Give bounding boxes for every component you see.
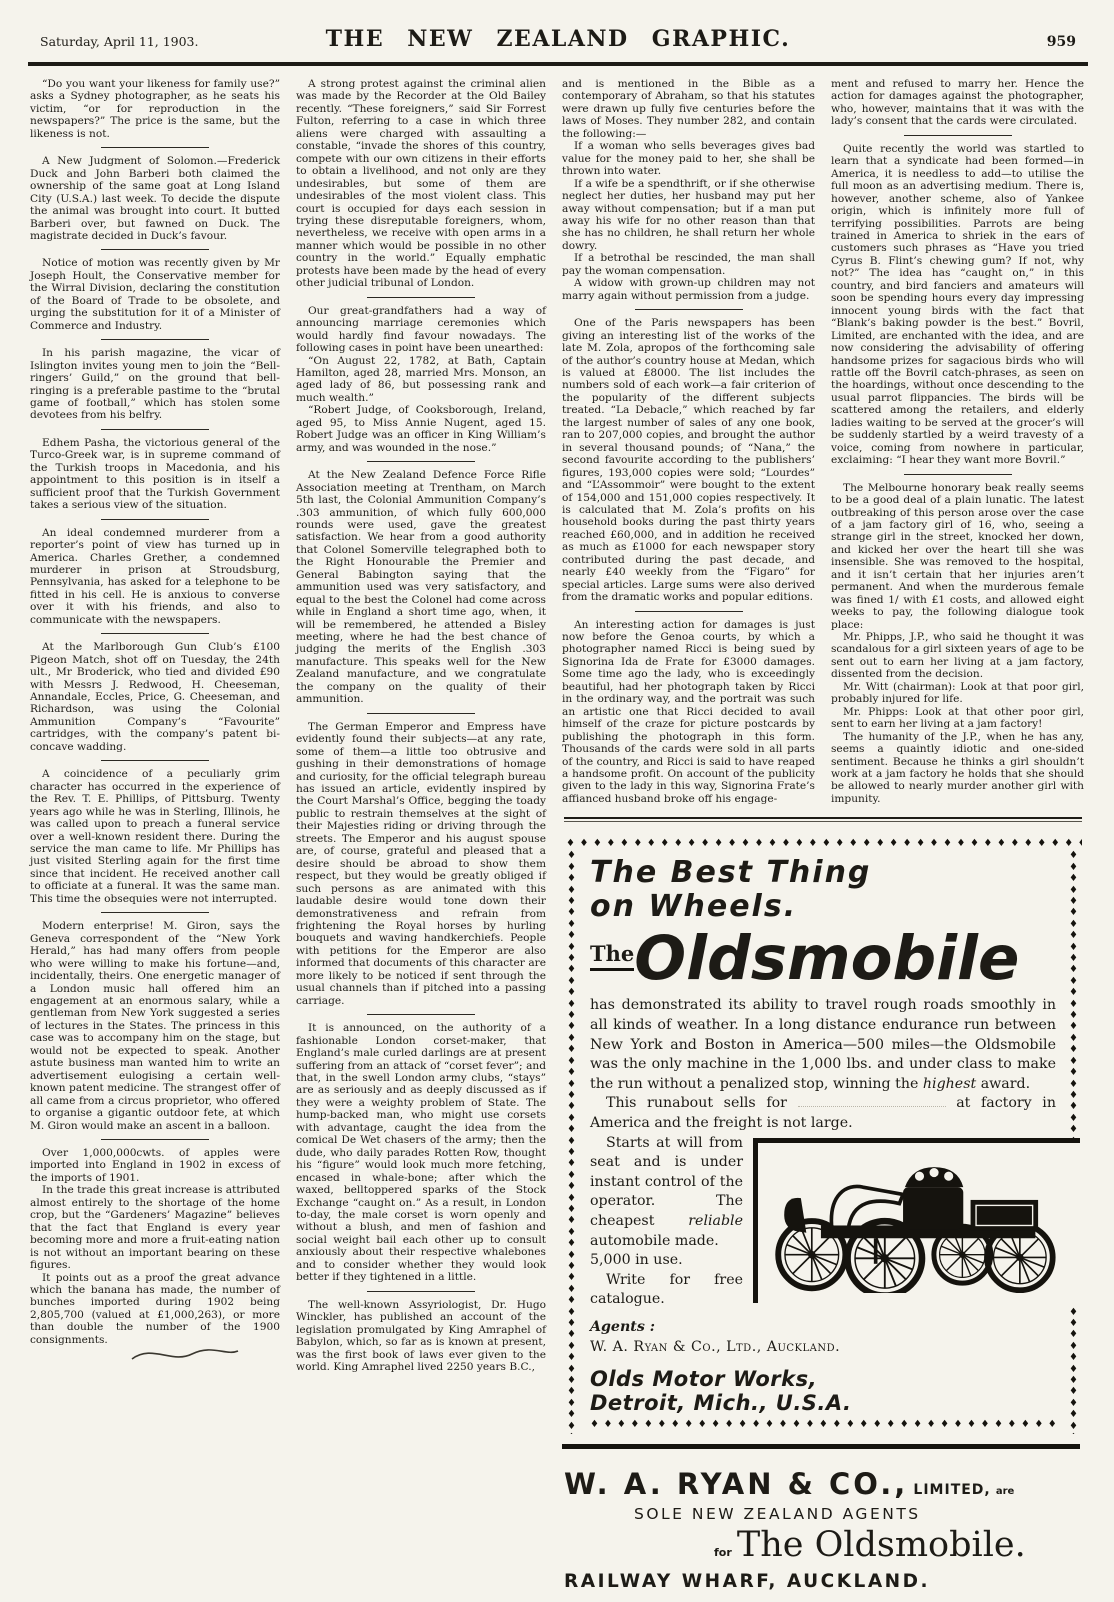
ad-brand: TheOldsmobile [590, 932, 1056, 987]
section-divider [101, 249, 209, 250]
section-divider [367, 713, 475, 714]
agents-line: W. A. Ryan & Co., Ltd., Auckland. [590, 1338, 1056, 1358]
news-paragraph: A widow with grown-up children may not m… [562, 277, 815, 302]
news-paragraph: “Robert Judge, of Cooksborough, Ireland,… [296, 404, 546, 454]
ryan-company-name: W. A. RYAN & CO., [564, 1467, 908, 1501]
section-divider [101, 339, 209, 340]
section-divider [367, 297, 475, 298]
masthead-title: THE NEW ZEALAND GRAPHIC. [299, 26, 817, 52]
news-paragraph: A coincidence of a peculiarly grim chara… [30, 768, 280, 905]
olds-motor-works: Olds Motor Works, Detroit, Mich., U.S.A. [590, 1367, 1056, 1415]
section-divider [635, 611, 743, 612]
diamond-border-left: ♦♦♦♦♦♦♦♦♦♦♦♦♦♦♦♦♦♦♦♦♦♦♦♦♦♦♦♦♦♦♦♦♦♦♦♦♦♦♦♦… [567, 850, 579, 1434]
news-paragraph: If a wife be a spendthrift, or if she ot… [562, 178, 815, 253]
news-paragraph: An interesting action for damages is jus… [562, 619, 815, 806]
section-divider [367, 1014, 475, 1015]
brand-the: The [590, 941, 634, 971]
diamond-border-top: ♦♦♦♦♦♦♦♦♦♦♦♦♦♦♦♦♦♦♦♦♦♦♦♦♦♦♦♦♦♦♦♦♦♦♦♦♦♦♦♦… [566, 838, 1082, 851]
agents-label: Agents : [590, 1318, 1056, 1338]
column-3: and is mentioned in the Bible as a conte… [562, 78, 815, 805]
news-paragraph: At the New Zealand Defence Force Rifle A… [296, 469, 546, 706]
ad-body-paragraph: has demonstrated its ability to travel r… [590, 996, 1056, 1094]
section-divider [101, 1139, 209, 1140]
oldsmobile-advertisement: ♦♦♦♦♦♦♦♦♦♦♦♦♦♦♦♦♦♦♦♦♦♦♦♦♦♦♦♦♦♦♦♦♦♦♦♦♦♦♦♦… [564, 836, 1084, 1438]
issue-date: Saturday, April 11, 1903. [40, 34, 299, 49]
ryan-agents-line: SOLE NEW ZEALAND AGENTS [634, 1505, 1080, 1523]
news-paragraph: A strong protest against the criminal al… [296, 78, 546, 290]
page-number: 959 [817, 34, 1076, 50]
news-paragraph: Modern enterprise! M. Giron, says the Ge… [30, 920, 280, 1132]
news-paragraph: It is announced, on the authority of a f… [296, 1022, 546, 1284]
news-paragraph: Mr. Witt (chairman): Look at that poor g… [831, 681, 1084, 706]
right-columns: and is mentioned in the Bible as a conte… [562, 78, 1084, 805]
section-divider [904, 474, 1012, 475]
newspaper-page: Saturday, April 11, 1903. THE NEW ZEALAN… [0, 0, 1114, 1602]
ryan-product-line: for The Oldsmobile. [714, 1525, 1080, 1565]
news-paragraph: Mr. Phipps: Look at that other poor girl… [831, 706, 1084, 731]
news-paragraph: The Melbourne honorary beak really seems… [831, 482, 1084, 631]
section-divider [101, 633, 209, 634]
column-1: “Do you want your likeness for family us… [30, 78, 280, 1592]
section-divider [101, 429, 209, 430]
pen-mark [130, 1348, 240, 1362]
ryan-address: RAILWAY WHARF, AUCKLAND. [564, 1571, 1080, 1592]
diamond-border-bottom: ♦♦♦♦♦♦♦♦♦♦♦♦♦♦♦♦♦♦♦♦♦♦♦♦♦♦♦♦♦♦♦♦♦♦♦♦♦♦♦♦… [590, 1419, 1056, 1432]
section-divider [367, 1291, 475, 1292]
ryan-product: The Oldsmobile. [737, 1525, 1026, 1565]
news-paragraph: Notice of motion was recently given by M… [30, 257, 280, 332]
news-paragraph: The well-known Assyriologist, Dr. Hugo W… [296, 1299, 546, 1374]
news-paragraph: The humanity of the J.P., when he has an… [831, 731, 1084, 806]
ryan-are: are [996, 1486, 1014, 1497]
news-paragraph: If a woman who sells beverages gives bad… [562, 140, 815, 177]
erased-price-area [798, 1098, 946, 1107]
ad-price-lead: This runabout sells for [606, 1095, 787, 1111]
news-paragraph: “Do you want your likeness for family us… [30, 78, 280, 140]
brand-name: Oldsmobile [634, 923, 1019, 994]
column-2: A strong protest against the criminal al… [296, 78, 546, 1592]
thick-rule [562, 1444, 1080, 1449]
page-header: Saturday, April 11, 1903. THE NEW ZEALAN… [0, 0, 1114, 60]
ad-body1-italic: highest [923, 1076, 976, 1092]
news-paragraph: The German Emperor and Empress have evid… [296, 721, 546, 1007]
section-divider [904, 135, 1012, 136]
news-paragraph: Mr. Phipps, J.P., who said he thought it… [831, 631, 1084, 681]
news-paragraph: At the Marlborough Gun Club’s £100 Pigeo… [30, 641, 280, 753]
oldsmobile-car-illustration [764, 1147, 1064, 1293]
news-paragraph: In his parish magazine, the vicar of Isl… [30, 347, 280, 422]
news-paragraph: A New Judgment of Solomon.—Frederick Duc… [30, 155, 280, 242]
ad-headline-line1: The Best Thing [590, 856, 1056, 890]
news-paragraph: Edhem Pasha, the victorious general of t… [30, 437, 280, 512]
section-divider [101, 760, 209, 761]
news-paragraph: Over 1,000,000cwts. of apples were impor… [30, 1147, 280, 1184]
ad-headline-line2: on Wheels. [590, 890, 1056, 924]
works-line1: Olds Motor Works, [590, 1367, 1056, 1391]
section-divider [101, 519, 209, 520]
news-paragraph: An ideal condemned murderer from a repor… [30, 527, 280, 627]
news-paragraph: “On August 22, 1782, at Bath, Captain Ha… [296, 355, 546, 405]
ad-body-paragraph: This runabout sells for at factory in Am… [590, 1094, 1056, 1133]
ad-headline: The Best Thing on Wheels. [590, 856, 1056, 923]
ryan-name-line: W. A. RYAN & CO., LIMITED, are [564, 1467, 1080, 1501]
ad-body1-end: award. [976, 1076, 1030, 1092]
news-paragraph: Quite recently the world was startled to… [831, 143, 1084, 467]
car-illustration-box [753, 1138, 1080, 1303]
ryan-limited: LIMITED, [913, 1482, 990, 1498]
right-region: and is mentioned in the Bible as a conte… [562, 78, 1084, 1592]
works-line2: Detroit, Mich., U.S.A. [590, 1391, 1056, 1415]
horizontal-rule [564, 817, 1082, 822]
news-paragraph: ment and refused to marry her. Hence the… [831, 78, 1084, 128]
section-divider [635, 309, 743, 310]
news-paragraph: In the trade this great increase is attr… [30, 1184, 280, 1271]
news-paragraph: and is mentioned in the Bible as a conte… [562, 78, 815, 140]
ryan-for: for [714, 1546, 732, 1559]
ryan-advertisement: W. A. RYAN & CO., LIMITED, are SOLE NEW … [562, 1449, 1084, 1592]
news-paragraph: It points out as a proof the great advan… [30, 1272, 280, 1347]
ad-body3-end: automobile made. [590, 1233, 719, 1249]
section-divider [101, 912, 209, 913]
column-4: ment and refused to marry her. Hence the… [831, 78, 1084, 805]
page-content: “Do you want your likeness for family us… [0, 66, 1114, 1592]
news-paragraph: If a betrothal be rescinded, the man sha… [562, 252, 815, 277]
ad-body3-italic: reliable [688, 1213, 743, 1229]
news-paragraph: Our great-grandfathers had a way of anno… [296, 305, 546, 355]
news-paragraph: One of the Paris newspapers has been giv… [562, 317, 815, 603]
section-divider [367, 461, 475, 462]
section-divider [101, 147, 209, 148]
